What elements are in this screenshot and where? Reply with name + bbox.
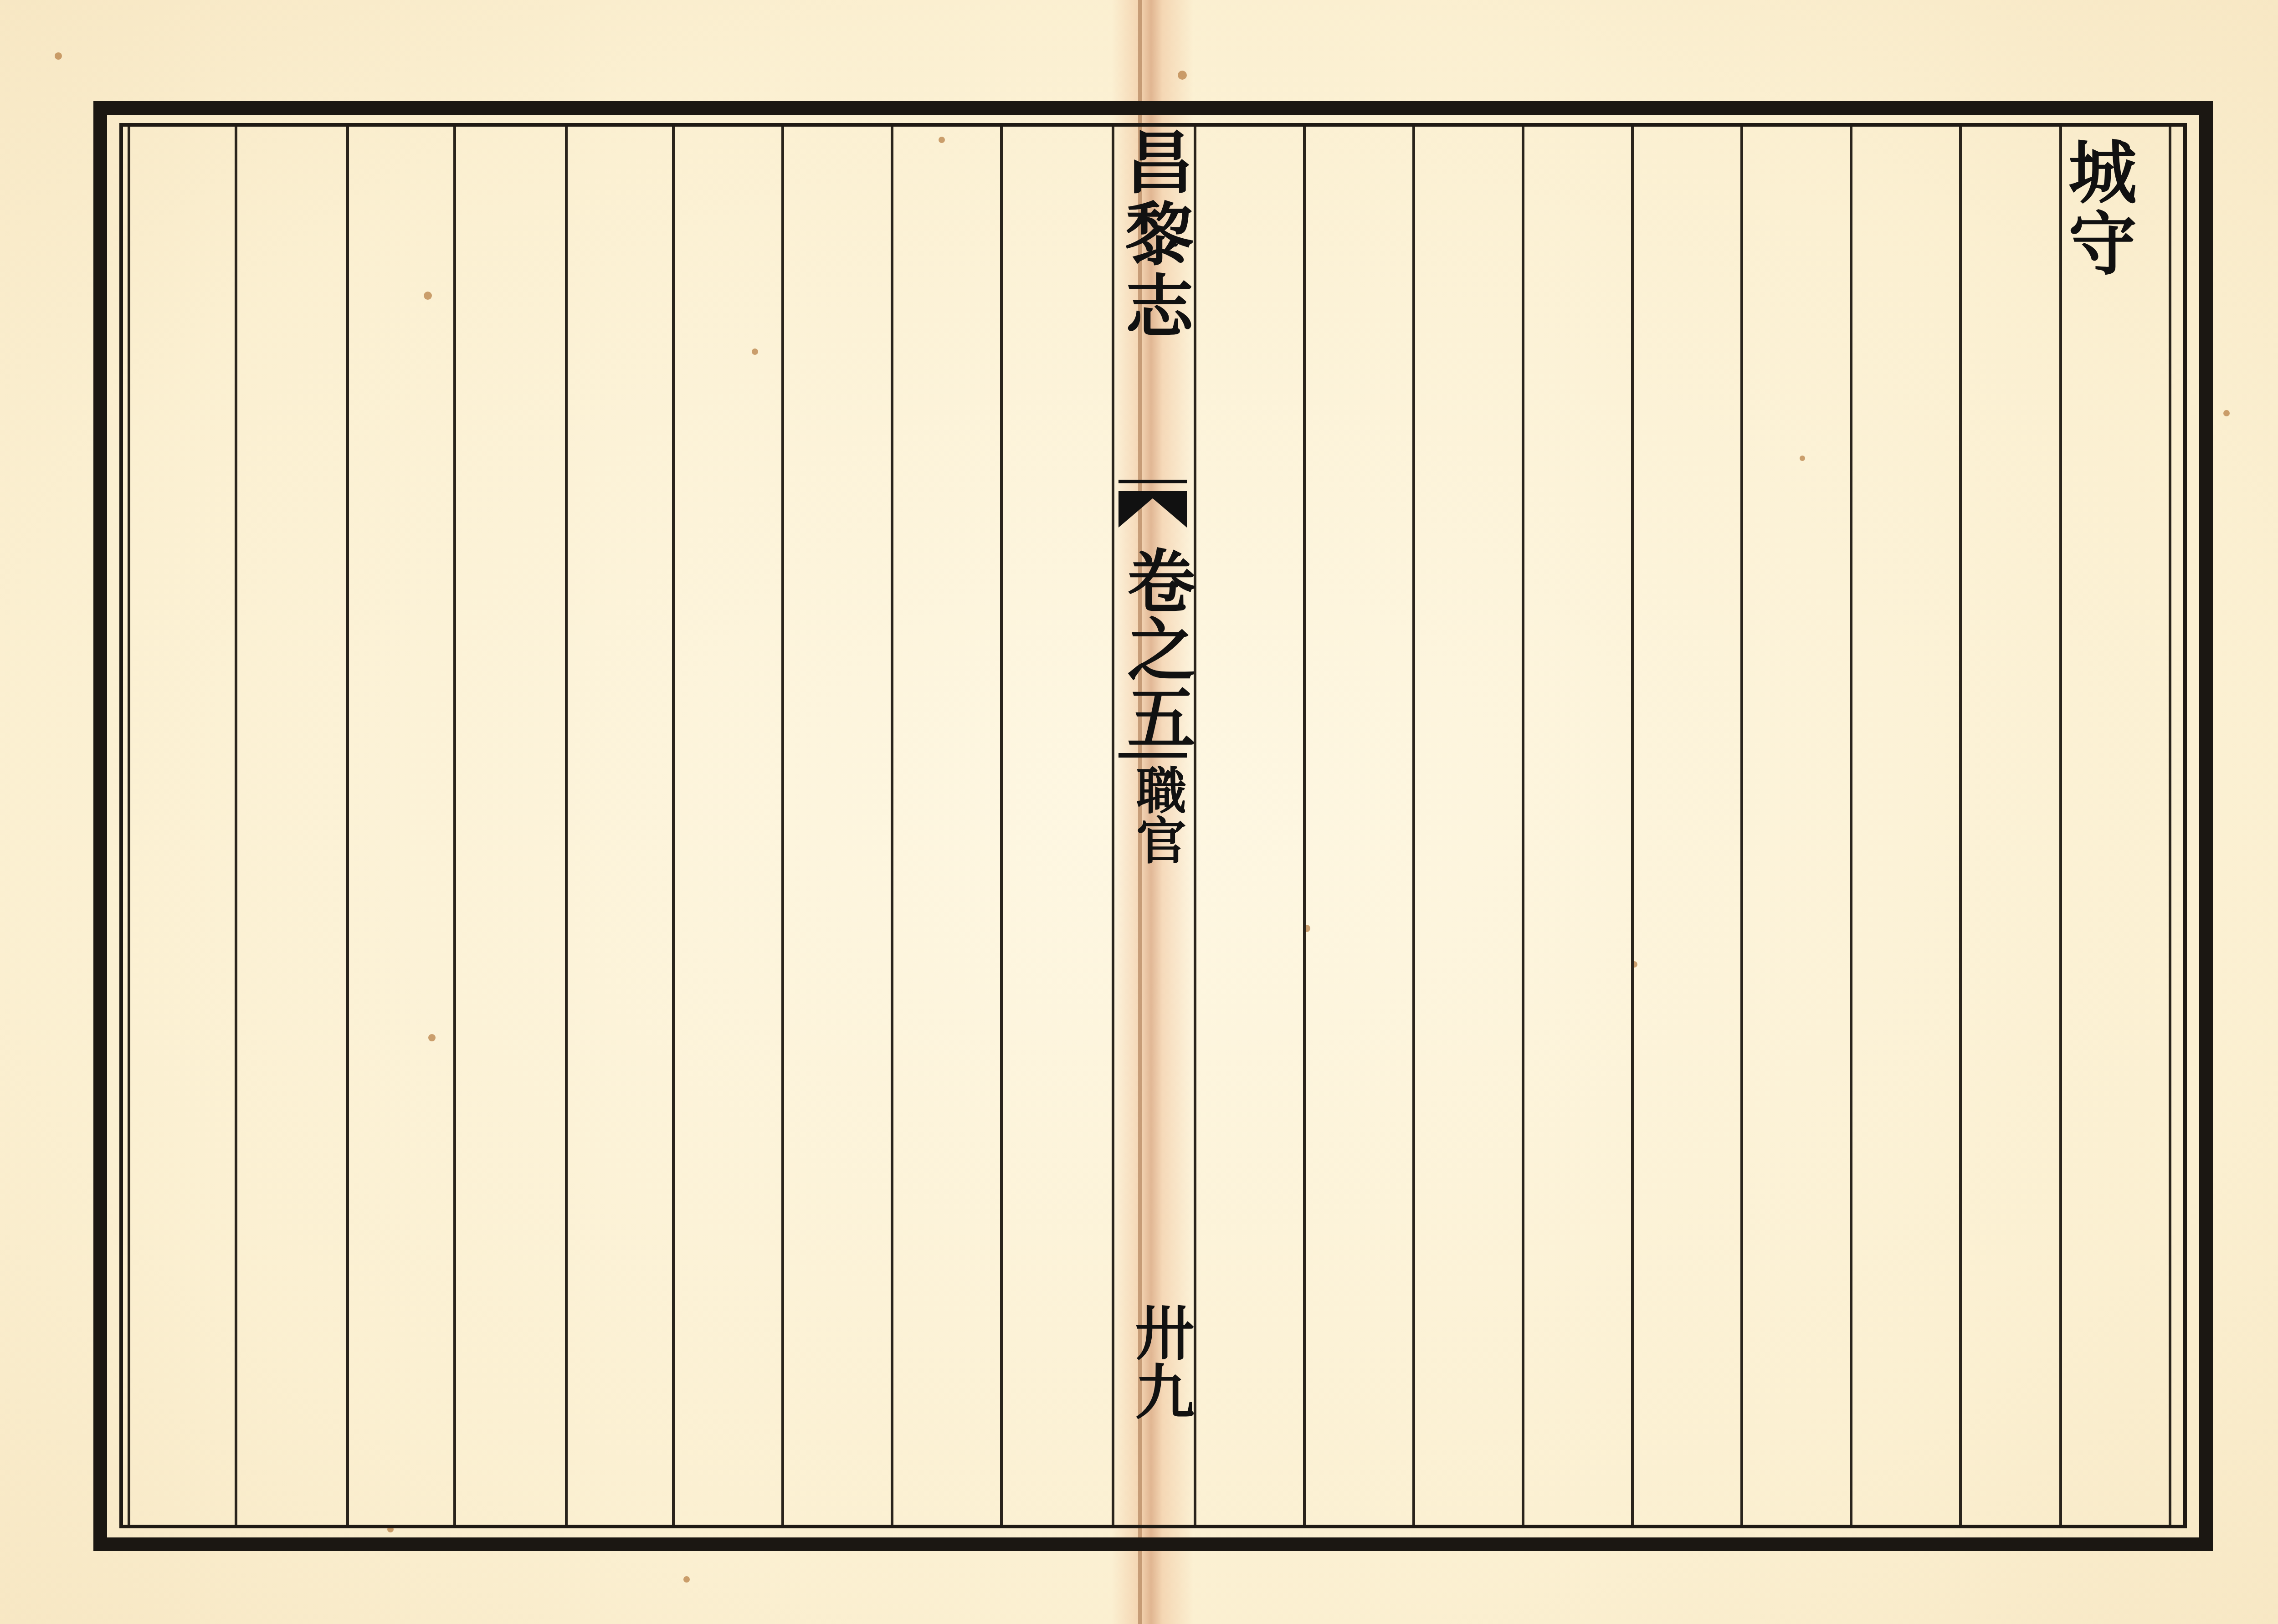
column-rule <box>565 127 568 1525</box>
column-rule <box>1303 127 1306 1525</box>
column-rule <box>1000 127 1003 1525</box>
column-rule <box>672 127 675 1525</box>
column-rule <box>1959 127 1962 1525</box>
book-title: 昌黎志 <box>1107 127 1189 343</box>
column-rule <box>1740 127 1743 1525</box>
paper-speck <box>1178 71 1187 80</box>
column-rule <box>235 127 237 1525</box>
volume-label: 卷之五 <box>1109 546 1191 751</box>
volume-bar <box>1118 753 1187 758</box>
column-rule <box>891 127 893 1525</box>
column-rule <box>128 127 130 1525</box>
text-column-1: 城守 <box>2064 137 2146 279</box>
fishtail-bar <box>1118 480 1187 483</box>
column-rule <box>1850 127 1852 1525</box>
page-number: 卅九 <box>1109 1302 1191 1420</box>
fishtail-mark-icon <box>1118 491 1187 528</box>
paper-speck <box>2223 410 2230 416</box>
paper-speck <box>55 52 62 60</box>
column-rule <box>453 127 456 1525</box>
column-rule <box>2169 127 2171 1525</box>
column-rule <box>1631 127 1634 1525</box>
column-rule <box>1522 127 1524 1525</box>
paper-speck <box>683 1576 690 1583</box>
column-rule <box>346 127 349 1525</box>
section-label: 職官 <box>1129 764 1184 865</box>
centre-column-block: 昌黎志 卷之五 職官 卅九 <box>1112 127 1194 1525</box>
column-rule <box>1412 127 1415 1525</box>
column-rule <box>2059 127 2062 1525</box>
column-rule <box>781 127 784 1525</box>
